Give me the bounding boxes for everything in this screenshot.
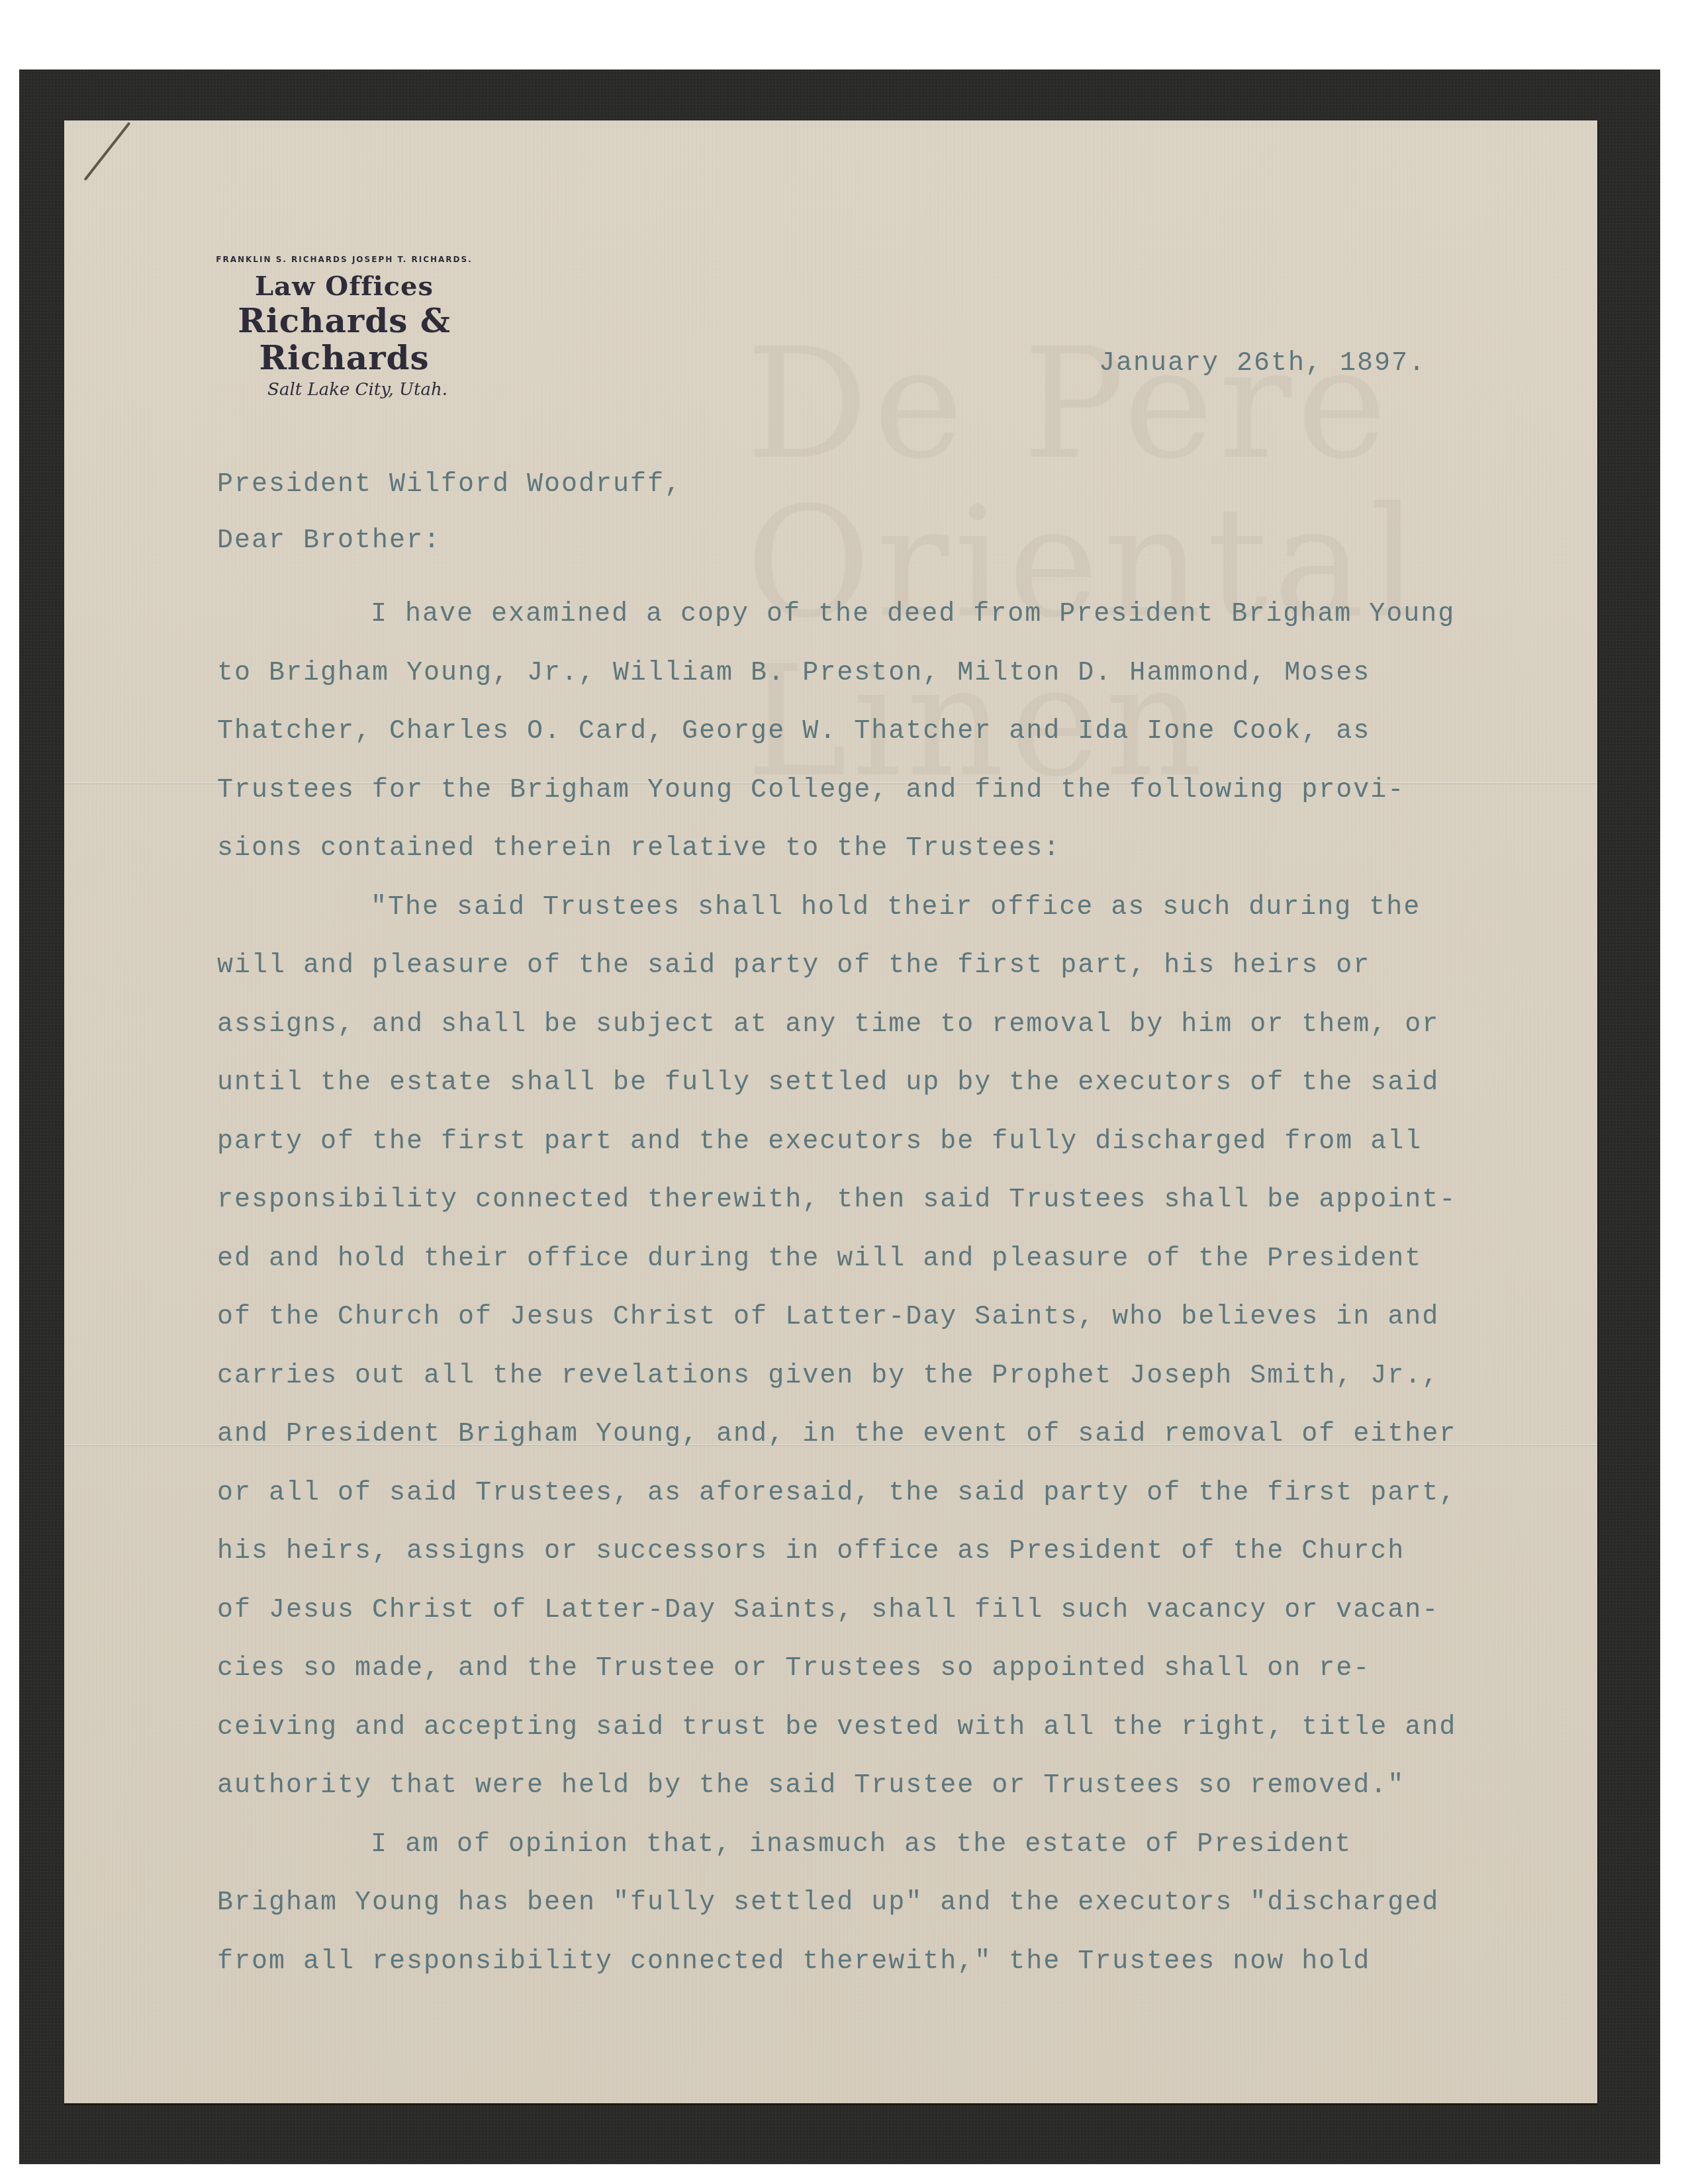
body-line: Brigham Young has been "fully settled up… (217, 1874, 1456, 1933)
body-line: authority that were held by the said Tru… (217, 1757, 1456, 1816)
body-line: to Brigham Young, Jr., William B. Presto… (217, 645, 1456, 704)
body-line: sions contained therein relative to the … (217, 820, 1456, 879)
letterhead-partners: FRANKLIN S. RICHARDS JOSEPH T. RICHARDS. (159, 255, 530, 264)
body-line: ed and hold their office during the will… (217, 1230, 1456, 1289)
body-line: cies so made, and the Trustee or Trustee… (217, 1640, 1456, 1699)
body-line: and President Brigham Young, and, in the… (217, 1406, 1456, 1465)
body-line: party of the first part and the executor… (217, 1113, 1456, 1172)
letter-salutation: Dear Brother: (217, 526, 441, 556)
letterhead: FRANKLIN S. RICHARDS JOSEPH T. RICHARDS.… (159, 255, 530, 400)
body-line: his heirs, assigns or successors in offi… (217, 1523, 1456, 1582)
body-line: until the estate shall be fully settled … (217, 1054, 1456, 1113)
body-line: I have examined a copy of the deed from … (217, 586, 1456, 645)
body-line: "The said Trustees shall hold their offi… (217, 879, 1456, 938)
body-line: responsibility connected therewith, then… (217, 1171, 1456, 1230)
body-line: or all of said Trustees, as aforesaid, t… (217, 1465, 1456, 1524)
body-line: I am of opinion that, inasmuch as the es… (217, 1816, 1456, 1875)
body-line: from all responsibility connected therew… (217, 1933, 1456, 1992)
body-line: Thatcher, Charles O. Card, George W. Tha… (217, 703, 1456, 762)
body-line: carries out all the revelations given by… (217, 1347, 1456, 1406)
body-line: will and pleasure of the said party of t… (217, 937, 1456, 996)
letter-date: January 26th, 1897. (1099, 349, 1426, 379)
letter-recipient: President Wilford Woodruff, (217, 470, 682, 500)
body-line: of Jesus Christ of Latter-Day Saints, sh… (217, 1582, 1456, 1641)
letterhead-title: Law Offices (159, 271, 530, 302)
letterhead-city: Salt Lake City, Utah. (185, 379, 530, 400)
letterhead-firm: Richards & Richards (159, 302, 530, 377)
letter-body: I have examined a copy of the deed from … (217, 586, 1456, 1991)
body-line: of the Church of Jesus Christ of Latter-… (217, 1289, 1456, 1347)
body-line: ceiving and accepting said trust be vest… (217, 1699, 1456, 1758)
body-line: assigns, and shall be subject at any tim… (217, 996, 1456, 1055)
body-line: Trustees for the Brigham Young College, … (217, 762, 1456, 821)
